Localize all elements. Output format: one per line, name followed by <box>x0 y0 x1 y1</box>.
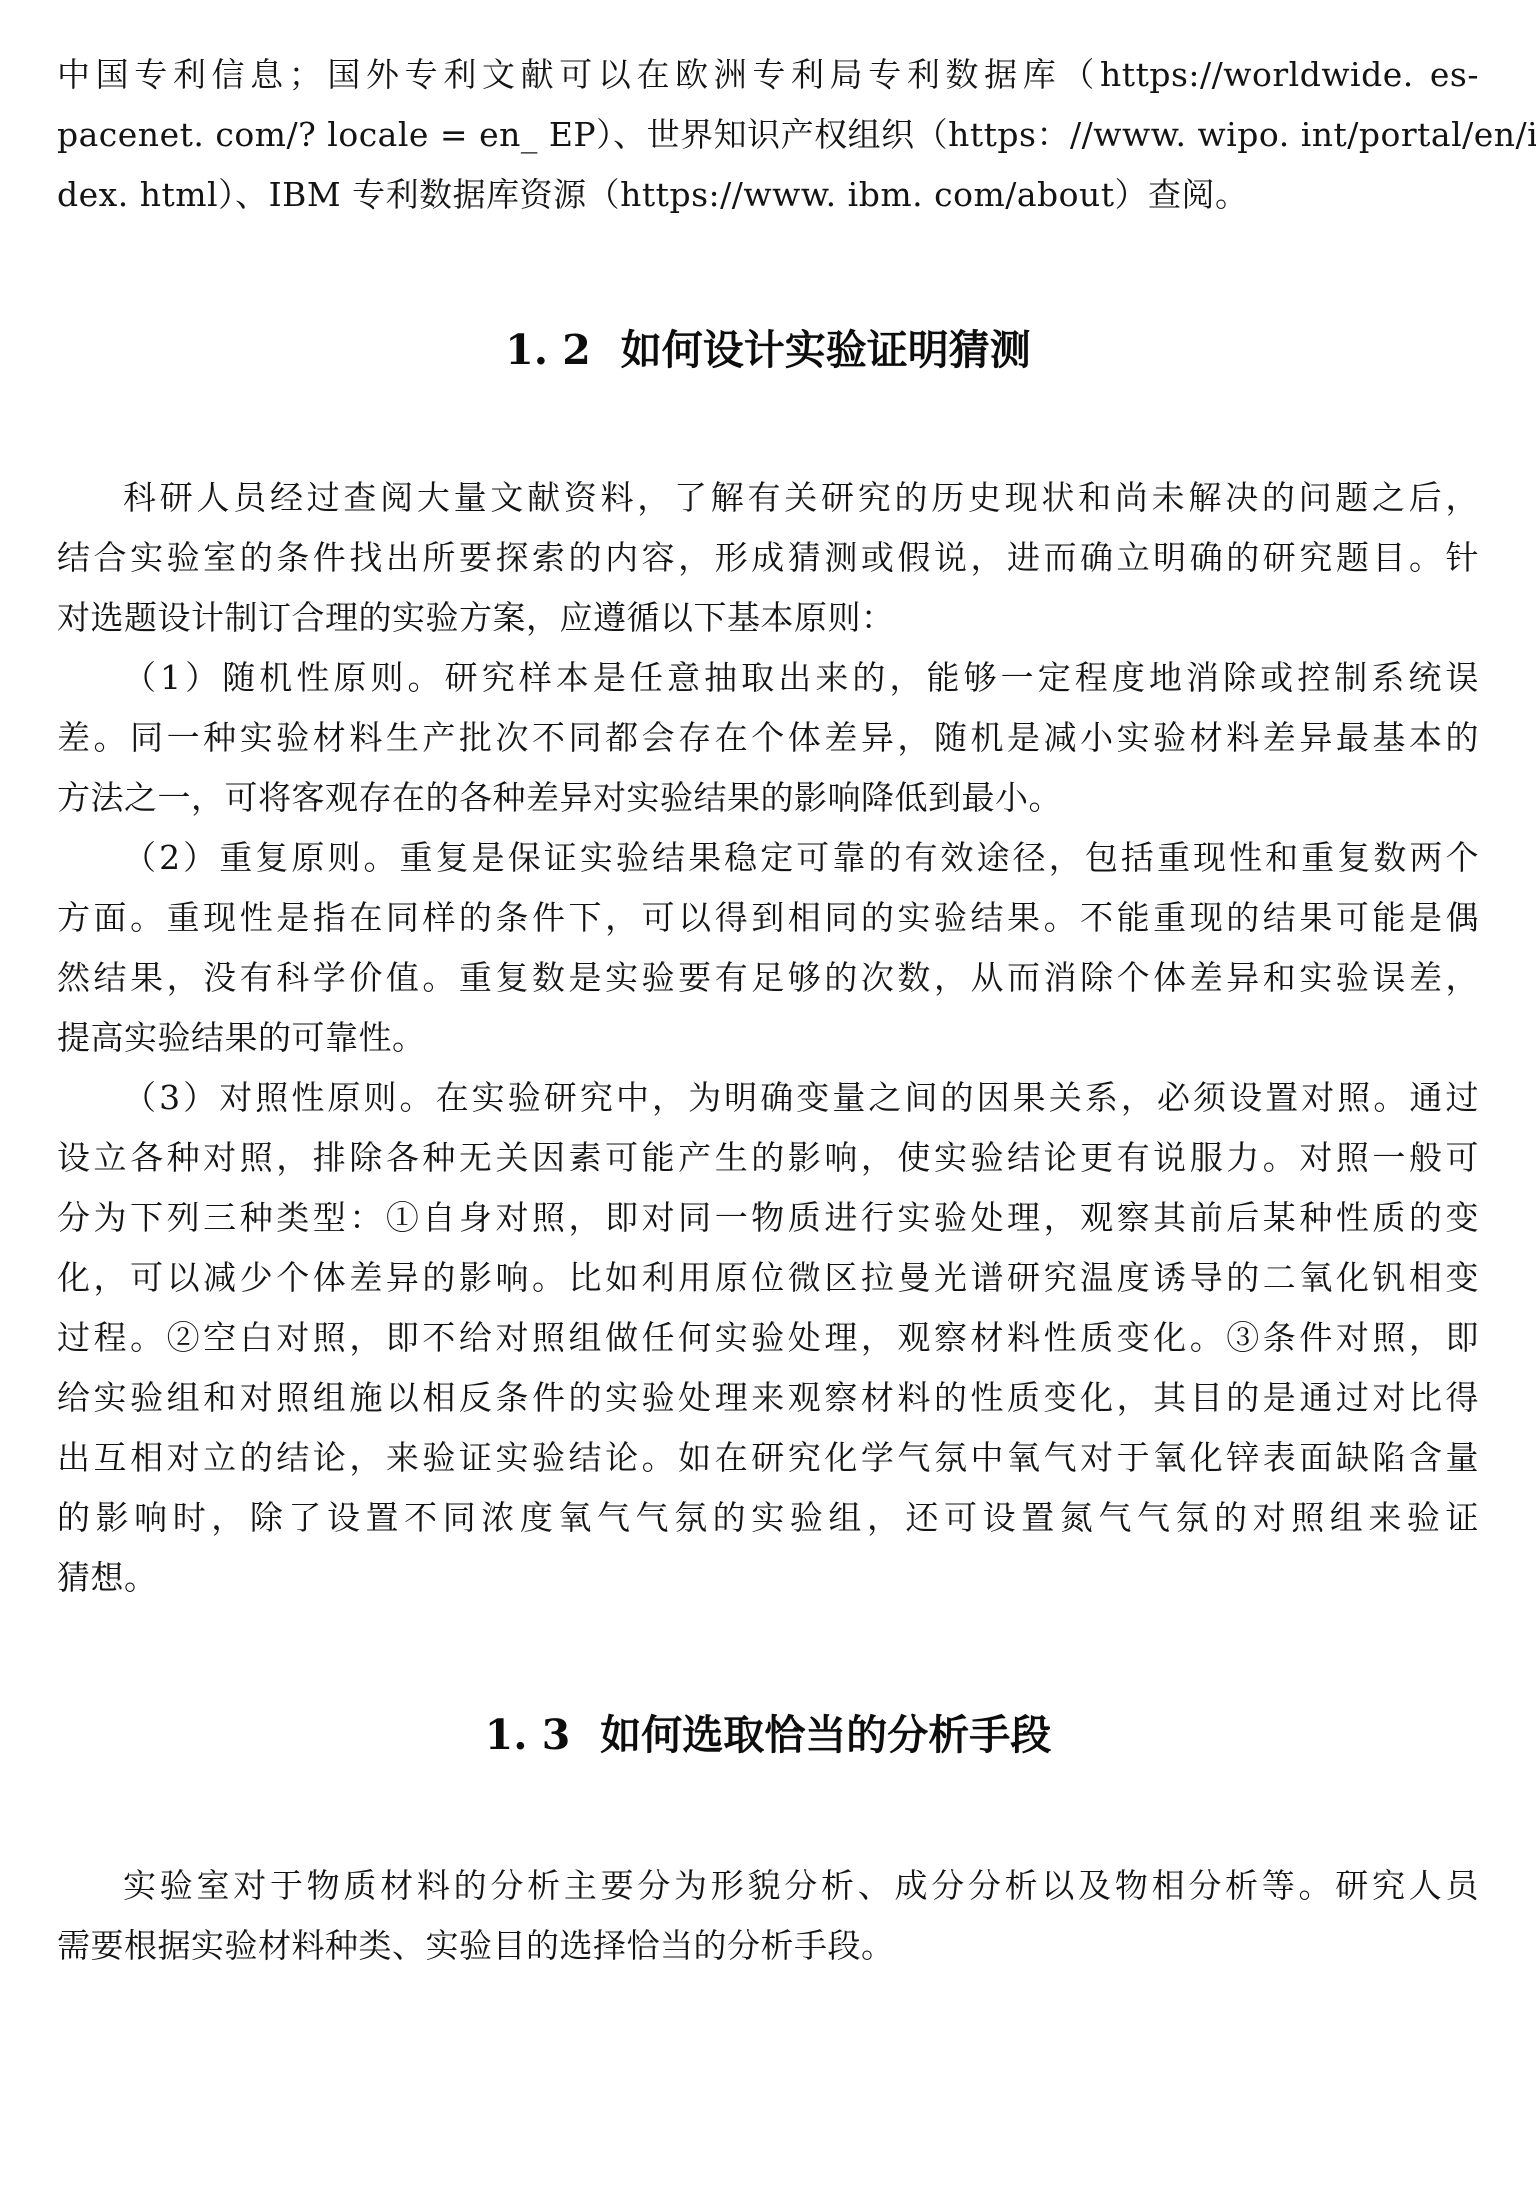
text-line: 对选题设计制订合理的实验方案，应遵循以下基本原则： <box>57 588 1479 648</box>
text-line: （2）重复原则。重复是保证实验结果稳定可靠的有效途径，包括重现性和重复数两个 <box>57 828 1479 888</box>
text-line: 提高实验结果的可靠性。 <box>57 1008 1479 1068</box>
text-line: 科研人员经过查阅大量文献资料，了解有关研究的历史现状和尚未解决的问题之后， <box>57 468 1479 528</box>
section-title: 如何设计实验证明猜测 <box>621 326 1031 374</box>
text-line: 需要根据实验材料种类、实验目的选择恰当的分析手段。 <box>57 1916 1479 1976</box>
section-heading-1-2: 1. 2如何设计实验证明猜测 <box>57 320 1479 380</box>
text-line: 设立各种对照，排除各种无关因素可能产生的影响，使实验结论更有说服力。对照一般可 <box>57 1128 1479 1188</box>
text-line: 结合实验室的条件找出所要探索的内容，形成猜测或假说，进而确立明确的研究题目。针 <box>57 528 1479 588</box>
text-line: 然结果，没有科学价值。重复数是实验要有足够的次数，从而消除个体差异和实验误差， <box>57 948 1479 1008</box>
paragraph-opening: 实验室对于物质材料的分析主要分为形貌分析、成分分析以及物相分析等。研究人员 需要… <box>57 1856 1479 1976</box>
text-line: 猜想。 <box>57 1548 1479 1608</box>
text-line: 过程。②空白对照，即不给对照组做任何实验处理，观察材料性质变化。③条件对照，即 <box>57 1308 1479 1368</box>
section-heading-1-3: 1. 3如何选取恰当的分析手段 <box>57 1705 1479 1765</box>
section-1-2-body: 科研人员经过查阅大量文献资料，了解有关研究的历史现状和尚未解决的问题之后， 结合… <box>57 468 1479 1608</box>
text-line: 中国专利信息；国外专利文献可以在欧洲专利局专利数据库（https://world… <box>57 45 1479 105</box>
intro-paragraph: 中国专利信息；国外专利文献可以在欧洲专利局专利数据库（https://world… <box>57 45 1479 225</box>
text-line: 差。同一种实验材料生产批次不同都会存在个体差异，随机是减小实验材料差异最基本的 <box>57 708 1479 768</box>
book-page: 中国专利信息；国外专利文献可以在欧洲专利局专利数据库（https://world… <box>0 0 1536 2200</box>
text-line: 的影响时，除了设置不同浓度氧气气氛的实验组，还可设置氮气气氛的对照组来验证 <box>57 1488 1479 1548</box>
paragraph-principle-2: （2）重复原则。重复是保证实验结果稳定可靠的有效途径，包括重现性和重复数两个 方… <box>57 828 1479 1068</box>
text-line: pacenet. com/? locale = en_ EP）、世界知识产权组织… <box>57 105 1479 165</box>
text-line: （1）随机性原则。研究样本是任意抽取出来的，能够一定程度地消除或控制系统误 <box>57 648 1479 708</box>
text-line: 出互相对立的结论，来验证实验结论。如在研究化学气氛中氧气对于氧化锌表面缺陷含量 <box>57 1428 1479 1488</box>
paragraph-opening: 科研人员经过查阅大量文献资料，了解有关研究的历史现状和尚未解决的问题之后， 结合… <box>57 468 1479 648</box>
paragraph-principle-3: （3）对照性原则。在实验研究中，为明确变量之间的因果关系，必须设置对照。通过 设… <box>57 1068 1479 1608</box>
section-number: 1. 3 <box>485 1711 571 1759</box>
text-line: 化，可以减少个体差异的影响。比如利用原位微区拉曼光谱研究温度诱导的二氧化钒相变 <box>57 1248 1479 1308</box>
section-1-3-body: 实验室对于物质材料的分析主要分为形貌分析、成分分析以及物相分析等。研究人员 需要… <box>57 1856 1479 1976</box>
section-title: 如何选取恰当的分析手段 <box>600 1711 1051 1759</box>
section-number: 1. 2 <box>505 326 591 374</box>
text-line: （3）对照性原则。在实验研究中，为明确变量之间的因果关系，必须设置对照。通过 <box>57 1068 1479 1128</box>
text-line: 方法之一，可将客观存在的各种差异对实验结果的影响降低到最小。 <box>57 768 1479 828</box>
text-line: dex. html）、IBM 专利数据库资源（https://www. ibm.… <box>57 165 1479 225</box>
text-line: 实验室对于物质材料的分析主要分为形貌分析、成分分析以及物相分析等。研究人员 <box>57 1856 1479 1916</box>
text-line: 分为下列三种类型：①自身对照，即对同一物质进行实验处理，观察其前后某种性质的变 <box>57 1188 1479 1248</box>
paragraph-principle-1: （1）随机性原则。研究样本是任意抽取出来的，能够一定程度地消除或控制系统误 差。… <box>57 648 1479 828</box>
text-line: 给实验组和对照组施以相反条件的实验处理来观察材料的性质变化，其目的是通过对比得 <box>57 1368 1479 1428</box>
text-line: 方面。重现性是指在同样的条件下，可以得到相同的实验结果。不能重现的结果可能是偶 <box>57 888 1479 948</box>
